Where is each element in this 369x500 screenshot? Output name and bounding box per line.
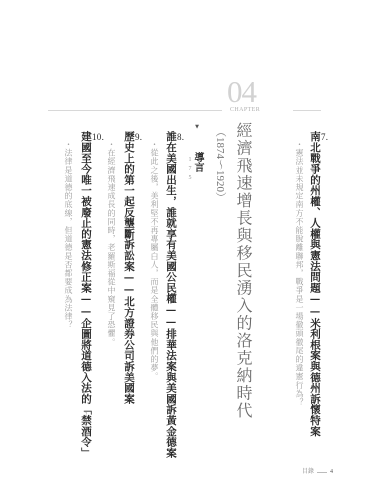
toc-entry-10[interactable]: 10. 建國至今唯一被廢止的憲法修正案——企圖將道德入法的「禁酒令」 <box>80 131 104 458</box>
entry-number: 9. <box>135 131 142 143</box>
entry-title: 南北戰爭的州權、人權與憲法問題——米利根案與德州訴懷特案 <box>309 131 321 436</box>
chapter-rule-left <box>48 110 222 111</box>
toc-entry-8[interactable]: 8. 誰在美國出生，誰就享有美國公民權——排華法案與美國訴黃金德案 <box>165 131 184 458</box>
entry-number: 7. <box>321 131 328 143</box>
entry-page[interactable]: 221 <box>83 412 89 439</box>
chapter-rule-right <box>293 110 321 111</box>
entry-summary: ・從此之後，美利堅不再專屬白人，而是全體移民與他們的夢。 <box>149 140 159 381</box>
footer-rule <box>317 472 327 473</box>
chapter-label: CHAPTER <box>230 107 260 113</box>
entry-summary: ・憲法並未規定南方不能脫離聯邦，戰爭是一場徹頭徹尾的違憲行為？ <box>294 140 304 407</box>
triangle-marker-icon: ▼ <box>194 124 200 130</box>
entry-number: 8. <box>177 131 184 143</box>
entry-page[interactable]: 150 <box>312 395 318 422</box>
entry-title: 誰在美國出生，誰就享有美國公民權——排華法案與美國訴黃金德案 <box>165 131 177 458</box>
entry-page[interactable]: 200 <box>126 368 132 395</box>
entry-number: 10. <box>92 131 104 143</box>
toc-entry-9[interactable]: 9. 歷史上的第一起反壟斷訴訟案——北方證券公司訴美國案 <box>123 131 142 404</box>
footer-label: 目錄 <box>302 466 314 475</box>
entry-page[interactable]: 181 <box>168 412 174 439</box>
entry-title: 建國至今唯一被廢止的憲法修正案——企圖將道德入法的「禁酒令」 <box>80 131 92 458</box>
toc-entry-7[interactable]: 7. 南北戰爭的州權、人權與憲法問題——米利根案與德州訴懷特案 <box>309 131 328 436</box>
chapter-title: 經濟飛速增長與移民湧入的洛克納時代 <box>234 122 252 420</box>
page-footer: 目錄 4 <box>302 466 333 475</box>
footer-page-number: 4 <box>330 469 333 475</box>
entry-summary: ・在經濟飛速成長的同時，老羅斯福從中窺見了恐懼。 <box>106 140 116 346</box>
intro-label: 導言 <box>192 152 203 172</box>
entry-title: 歷史上的第一起反壟斷訴訟案——北方證券公司訴美國案 <box>123 131 135 404</box>
entry-summary: ・法律是道德的底線，但道德是否都要成為法律？ <box>63 140 73 329</box>
intro-page[interactable]: 175 <box>187 157 193 184</box>
chapter-years: （1874～1920） <box>214 126 226 203</box>
chapter-number: 04 <box>227 78 256 106</box>
